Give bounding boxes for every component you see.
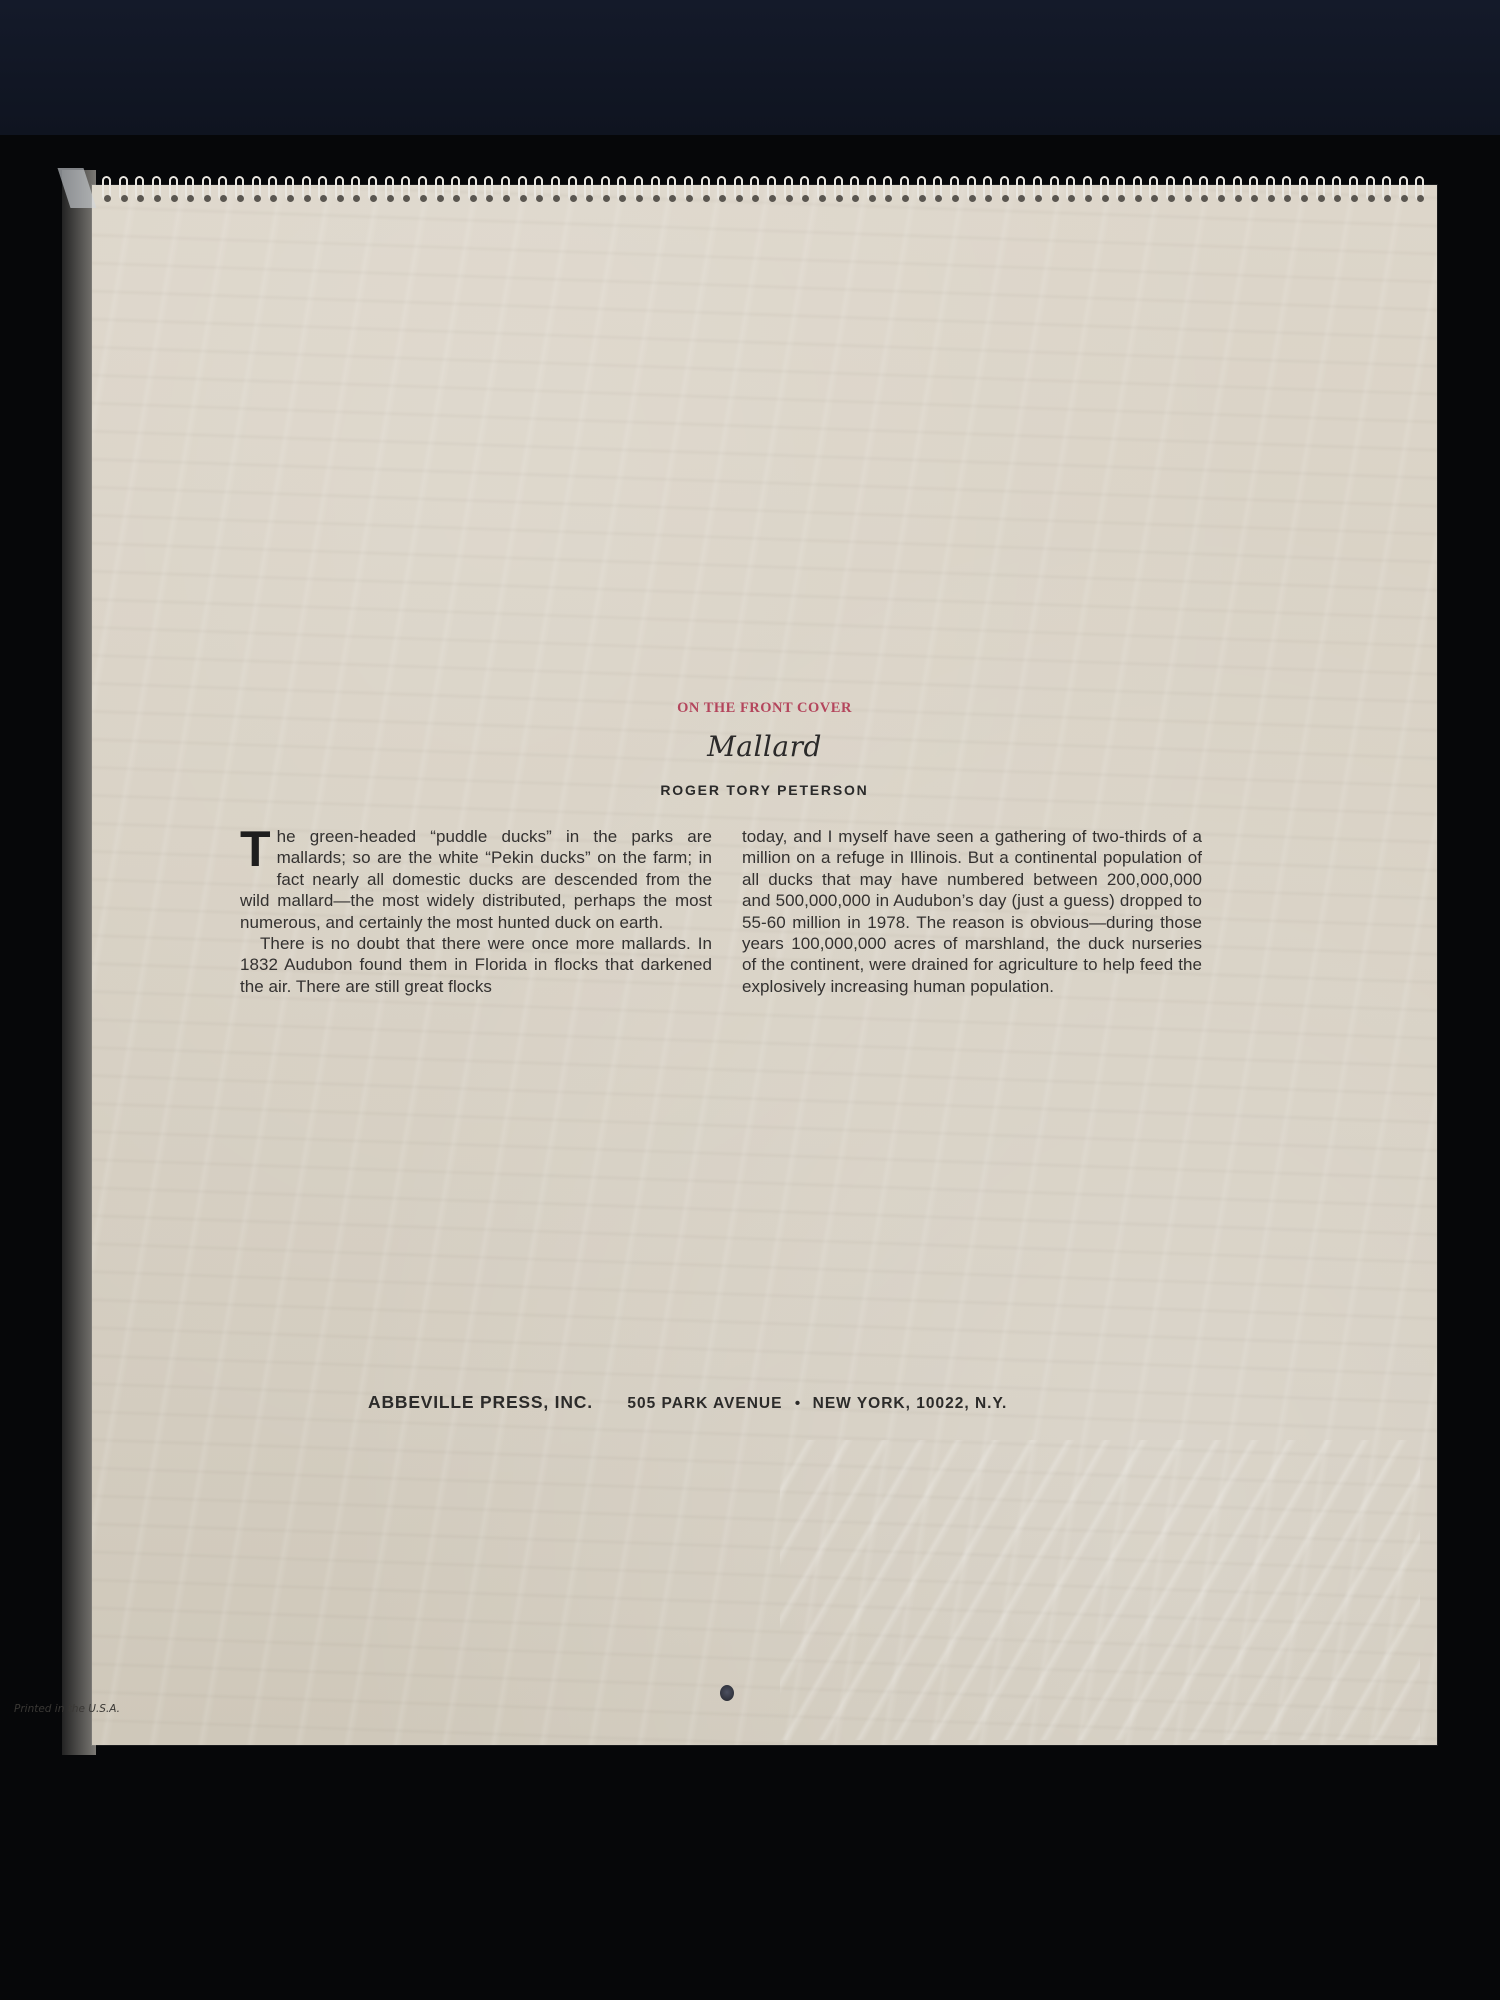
bullet-separator: • — [795, 1395, 800, 1412]
spiral-coil — [1083, 176, 1092, 200]
page-title: Mallard — [92, 730, 1437, 763]
spiral-coil — [1183, 176, 1192, 200]
cover-label: ON THE FRONT COVER — [92, 700, 1437, 717]
spiral-coil — [1133, 176, 1142, 200]
spiral-coil — [1000, 176, 1009, 200]
spiral-coil — [1016, 176, 1025, 200]
spiral-coil — [501, 176, 510, 200]
spiral-coil — [368, 176, 377, 200]
spiral-coil — [252, 176, 261, 200]
spiral-coil — [601, 176, 610, 200]
spiral-coil — [967, 176, 976, 200]
spiral-coil — [867, 176, 876, 200]
spiral-coil — [634, 176, 643, 200]
paragraph: The green-headed “puddle ducks” in the p… — [240, 826, 712, 933]
spiral-coil — [1266, 176, 1275, 200]
spiral-coil — [568, 176, 577, 200]
spiral-coil — [817, 176, 826, 200]
spiral-coil — [883, 176, 892, 200]
spiral-coil — [617, 176, 626, 200]
background-fabric — [0, 0, 1500, 135]
paragraph: today, and I myself have seen a gatherin… — [742, 826, 1202, 997]
printed-note: Printed in the U.S.A. — [14, 1703, 120, 1715]
spiral-coil — [451, 176, 460, 200]
spiral-coil — [1233, 176, 1242, 200]
author-name: ROGER TORY PETERSON — [92, 782, 1437, 798]
spiral-coil — [917, 176, 926, 200]
spiral-coil — [950, 176, 959, 200]
spiral-coil — [584, 176, 593, 200]
publisher-street: 505 PARK AVENUE — [627, 1395, 782, 1412]
spiral-coil — [1282, 176, 1291, 200]
spiral-coil — [767, 176, 776, 200]
spiral-coil — [1149, 176, 1158, 200]
spiral-coil — [1116, 176, 1125, 200]
spiral-coil — [385, 176, 394, 200]
spiral-coil — [1050, 176, 1059, 200]
spiral-coil — [202, 176, 211, 200]
spiral-coil — [1249, 176, 1258, 200]
spiral-coil — [1382, 176, 1391, 200]
spiral-coil — [1332, 176, 1341, 200]
spiral-coil — [750, 176, 759, 200]
spiral-coil — [534, 176, 543, 200]
spiral-coil — [684, 176, 693, 200]
spiral-coil — [518, 176, 527, 200]
spiral-coil — [468, 176, 477, 200]
publisher-city: NEW YORK, 10022, N.Y. — [813, 1395, 1008, 1412]
spiral-coil — [834, 176, 843, 200]
spiral-coil — [152, 176, 161, 200]
spiral-coil — [135, 176, 144, 200]
spiral-binding — [96, 172, 1431, 206]
spiral-coil — [1100, 176, 1109, 200]
spiral-coil — [1066, 176, 1075, 200]
spiral-coil — [983, 176, 992, 200]
spiral-coil — [218, 176, 227, 200]
hanging-hole — [720, 1685, 734, 1701]
spiral-coil — [285, 176, 294, 200]
spiral-coil — [1415, 176, 1424, 200]
spiral-coil — [351, 176, 360, 200]
paragraph: There is no doubt that there were once m… — [240, 933, 712, 997]
spiral-coil — [119, 176, 128, 200]
spiral-coil — [418, 176, 427, 200]
spiral-coil — [667, 176, 676, 200]
paragraph-text: he green-headed “puddle ducks” in the pa… — [240, 827, 712, 932]
spiral-coil — [484, 176, 493, 200]
spiral-coil — [734, 176, 743, 200]
spiral-coil — [701, 176, 710, 200]
spiral-coil — [1399, 176, 1408, 200]
spiral-coil — [268, 176, 277, 200]
spiral-coil — [318, 176, 327, 200]
publisher-line: ABBEVILLE PRESS, INC. 505 PARK AVENUE • … — [368, 1392, 1007, 1413]
spiral-coil — [102, 176, 111, 200]
spiral-coil — [1299, 176, 1308, 200]
spiral-coil — [185, 176, 194, 200]
drop-cap: T — [240, 829, 271, 869]
spiral-coil — [850, 176, 859, 200]
spiral-coil — [933, 176, 942, 200]
text-column-left: The green-headed “puddle ducks” in the p… — [240, 826, 712, 997]
spiral-coil — [1166, 176, 1175, 200]
spiral-coil — [1349, 176, 1358, 200]
spiral-coil — [1366, 176, 1375, 200]
text-column-right: today, and I myself have seen a gatherin… — [742, 826, 1202, 997]
spiral-coil — [169, 176, 178, 200]
shrink-wrap-edge — [62, 170, 96, 1755]
spiral-coil — [651, 176, 660, 200]
spiral-coil — [302, 176, 311, 200]
spiral-coil — [1199, 176, 1208, 200]
spiral-coil — [401, 176, 410, 200]
spiral-coil — [900, 176, 909, 200]
spiral-coil — [717, 176, 726, 200]
spiral-coil — [1316, 176, 1325, 200]
spiral-coil — [1216, 176, 1225, 200]
spiral-coil — [235, 176, 244, 200]
spiral-coil — [784, 176, 793, 200]
spiral-coil — [1033, 176, 1042, 200]
publisher-name: ABBEVILLE PRESS, INC. — [368, 1392, 593, 1412]
spiral-coil — [435, 176, 444, 200]
spiral-coil — [335, 176, 344, 200]
spiral-coil — [800, 176, 809, 200]
spiral-coil — [551, 176, 560, 200]
